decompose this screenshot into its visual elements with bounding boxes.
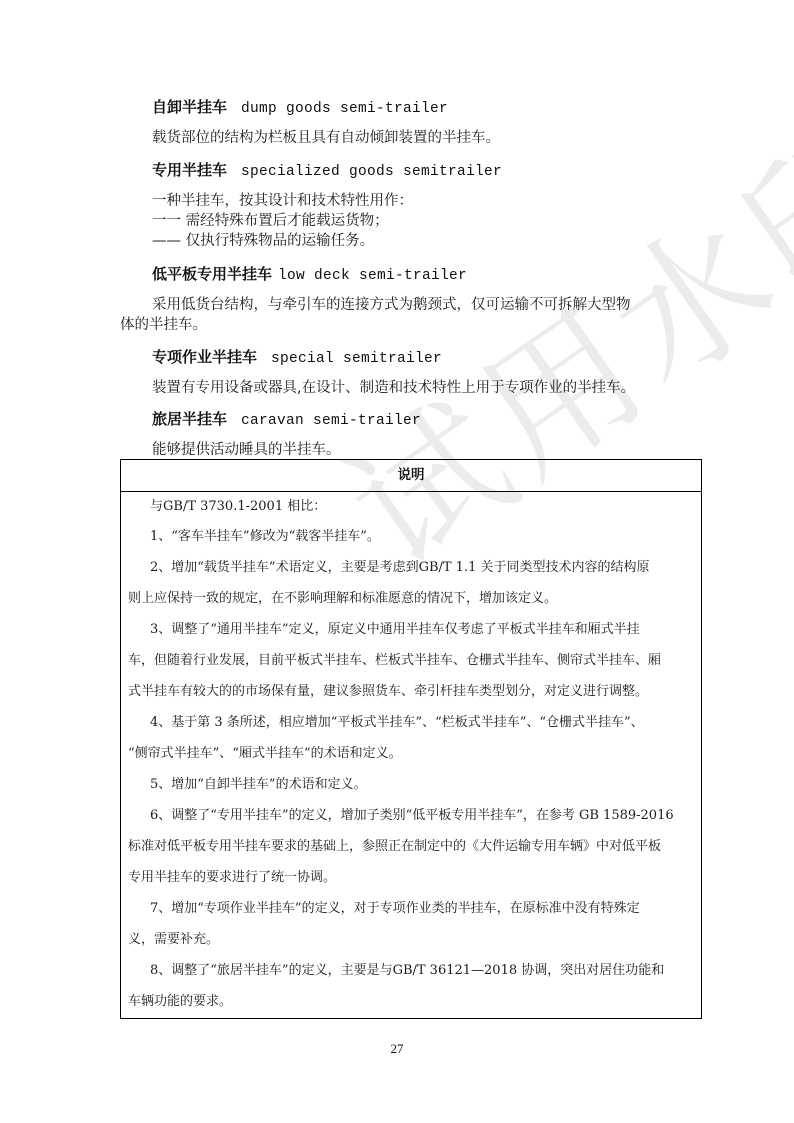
note-line: 7、增加“专项作业半挂车”的定义，对于专项作业类的半挂车，在原标准中没有特殊定 bbox=[150, 900, 640, 918]
note-line: 4、基于第 3 条所述，相应增加“平板式半挂车”、“栏板式半挂车”、“仓栅式半挂… bbox=[150, 714, 644, 732]
note-line: 8、调整了“旅居半挂车”的定义，主要是与GB/T 36121—2018 协调，突… bbox=[150, 962, 664, 980]
term-en: low deck semi-trailer bbox=[278, 268, 467, 284]
note-line: 义，需要补充。 bbox=[128, 931, 219, 949]
term-heading-specialized-semitrailer: 专用半挂车specialized goods semitrailer bbox=[152, 160, 502, 182]
note-line: 3、调整了“通用半挂车”定义，原定义中通用半挂车仅考虑了平板式半挂车和厢式半挂 bbox=[150, 621, 640, 639]
term-heading-dump-semitrailer: 自卸半挂车dump goods semi-trailer bbox=[152, 97, 448, 119]
term-definition: 一种半挂车，按其设计和技术特性用作： bbox=[152, 191, 413, 211]
term-definition: 装置有专用设备或器具,在设计、制造和技术特性上用于专项作业的半挂车。 bbox=[152, 378, 635, 398]
term-definition-list-item: —— 仅执行特殊物品的运输任务。 bbox=[152, 231, 374, 251]
term-definition: 载货部位的结构为栏板且具有自动倾卸装置的半挂车。 bbox=[152, 128, 500, 148]
note-line: 式半挂车有较大的的市场保有量，建议参照货车、牵引杆挂车类型划分，对定义进行调整。 bbox=[128, 683, 648, 701]
note-line: 专用半挂车的要求进行了统一协调。 bbox=[128, 869, 336, 887]
term-en: special semitrailer bbox=[271, 351, 442, 367]
note-line: 5、增加“自卸半挂车”的术语和定义。 bbox=[150, 776, 367, 794]
note-line: 车，但随着行业发展，目前平板式半挂车、栏板式半挂车、仓栅式半挂车、侧帘式半挂车、… bbox=[128, 652, 661, 670]
term-en: caravan semi-trailer bbox=[241, 413, 421, 429]
term-zh: 自卸半挂车 bbox=[152, 98, 227, 116]
note-line: “侧帘式半挂车”、“厢式半挂车”的术语和定义。 bbox=[128, 745, 402, 763]
document-page: 试用水印 自卸半挂车dump goods semi-trailer 载货部位的结… bbox=[0, 0, 794, 1123]
term-definition: 采用低货台结构，与牵引车的连接方式为鹅颈式，仅可运输不可拆解大型物 bbox=[152, 295, 631, 315]
term-definition-list-item: 一一 需经特殊布置后才能载运货物； bbox=[152, 211, 389, 231]
page-number: 27 bbox=[0, 1041, 794, 1057]
note-line: 2、增加“载货半挂车”术语定义，主要是考虑到GB/T 1.1 关于同类型技术内容… bbox=[150, 559, 650, 577]
term-heading-low-deck-semitrailer: 低平板专用半挂车low deck semi-trailer bbox=[152, 264, 467, 286]
term-definition: 能够提供活动睡具的半挂车。 bbox=[152, 440, 341, 460]
term-heading-caravan-semitrailer: 旅居半挂车caravan semi-trailer bbox=[152, 409, 421, 431]
term-definition: 体的半挂车。 bbox=[120, 315, 207, 335]
note-line: 车辆功能的要求。 bbox=[128, 993, 232, 1011]
note-line: 标准对低平板专用半挂车要求的基础上，参照正在制定中的《大件运输专用车辆》中对低平… bbox=[128, 838, 661, 856]
term-en: specialized goods semitrailer bbox=[241, 164, 502, 180]
note-line: 与GB/T 3730.1-2001 相比： bbox=[150, 498, 326, 516]
note-line: 则上应保持一致的规定，在不影响理解和标准愿意的情况下，增加该定义。 bbox=[128, 590, 557, 608]
note-line: 1、“客车半挂车”修改为“载客半挂车”。 bbox=[150, 528, 380, 546]
term-en: dump goods semi-trailer bbox=[241, 101, 448, 117]
term-zh: 低平板专用半挂车 bbox=[152, 265, 272, 283]
term-zh: 专项作业半挂车 bbox=[152, 348, 257, 366]
term-zh: 旅居半挂车 bbox=[152, 410, 227, 428]
term-zh: 专用半挂车 bbox=[152, 161, 227, 179]
term-heading-special-semitrailer: 专项作业半挂车special semitrailer bbox=[152, 347, 442, 369]
note-line: 6、调整了“专用半挂车”的定义，增加子类别“低平板专用半挂车”，在参考 GB 1… bbox=[150, 807, 674, 825]
notes-table-header: 说明 bbox=[121, 460, 701, 492]
